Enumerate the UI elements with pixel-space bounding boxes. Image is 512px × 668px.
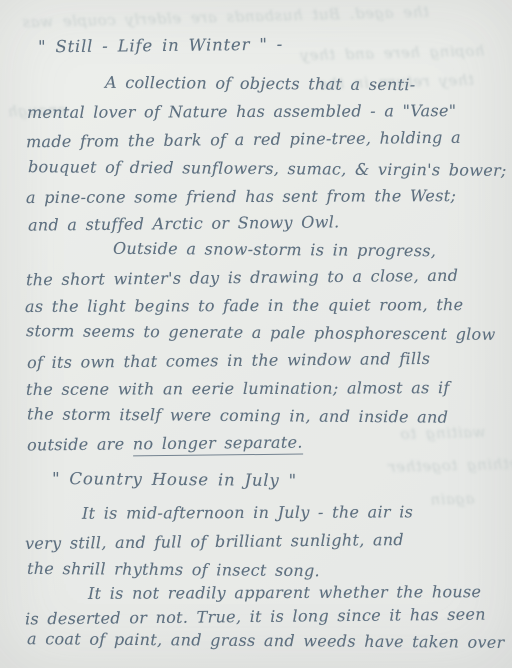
manuscript-line: the shrill rhythms of insect song. (27, 559, 320, 580)
manuscript-line: made from the bark of a red pine-tree, h… (26, 128, 461, 152)
manuscript-page: the aged. But husbands are elderly coupl… (0, 0, 512, 668)
manuscript-line: the scene with an eerie lumination; almo… (26, 378, 450, 399)
bleedthrough-text: the aged. But husbands are elderly coupl… (22, 3, 429, 32)
section-title-still-life-in-winter: " Still - Life in Winter " - (38, 35, 283, 57)
manuscript-line: a pine-cone some friend has sent from th… (26, 186, 456, 207)
bleedthrough-text: again (430, 489, 475, 508)
section-title-country-house-in-july: " Country House in July " (52, 469, 297, 490)
manuscript-line: bouquet of dried sunflowers, sumac, & vi… (28, 157, 507, 180)
manuscript-line: outside are no longer separate. (27, 433, 303, 455)
manuscript-line: very still, and full of brilliant sunlig… (25, 530, 404, 553)
manuscript-line: the short winter's day is drawing to a c… (26, 266, 458, 290)
manuscript-line: and a stuffed Arctic or Snowy Owl. (28, 212, 340, 234)
manuscript-line: the storm itself were coming in, and ins… (27, 404, 448, 426)
manuscript-line: A collection of objects that a senti- (105, 73, 416, 94)
manuscript-line: It is mid-afternoon in July - the air is (82, 502, 413, 522)
bleedthrough-text: hoping here and they (300, 42, 485, 65)
manuscript-line: is deserted or not. True, it is long sin… (25, 605, 486, 629)
manuscript-line: storm seems to generate a pale phosphore… (26, 321, 496, 344)
underlined-phrase: no longer separate. (133, 433, 303, 457)
manuscript-line: a coat of paint, and grass and weeds hav… (27, 629, 505, 652)
manuscript-line: of its own that comes in the window and … (27, 349, 430, 372)
line-text: outside are (27, 434, 133, 454)
manuscript-line: It is not readily apparent whether the h… (88, 582, 481, 603)
manuscript-line: as the light begins to fade in the quiet… (25, 295, 463, 316)
manuscript-line: mental lover of Nature has assembled - a… (27, 101, 456, 122)
manuscript-line: Outside a snow-storm is in progress, (113, 239, 436, 261)
bleedthrough-text: something together (388, 454, 512, 476)
